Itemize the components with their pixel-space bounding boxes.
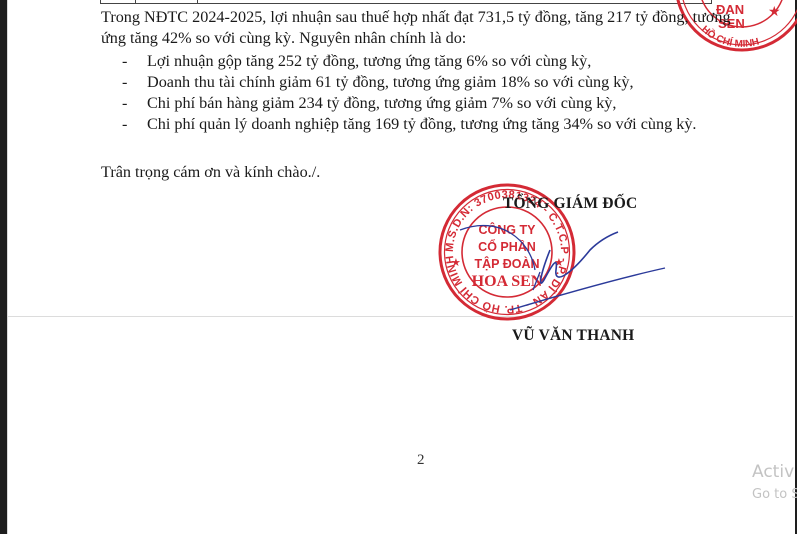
svg-text:HOA SEN: HOA SEN xyxy=(472,273,543,290)
svg-text:★: ★ xyxy=(451,257,461,269)
paragraph-line-2: ứng tăng 42% so với cùng kỳ. Nguyên nhân… xyxy=(101,28,466,48)
paragraph-line-1: Trong NĐTC 2024-2025, lợi nhuận sau thuế… xyxy=(101,7,731,27)
activate-windows-watermark: Activ xyxy=(752,462,794,482)
reasons-list: -Lợi nhuận gộp tăng 252 tỷ đồng, tương ứ… xyxy=(122,51,696,135)
svg-text:★: ★ xyxy=(768,5,781,20)
signature-title: TỔNG GIÁM ĐỐC xyxy=(503,195,637,213)
svg-text:★: ★ xyxy=(554,257,564,269)
table-bottom-edge xyxy=(100,0,712,4)
list-item: -Chi phí quản lý doanh nghiệp tăng 169 t… xyxy=(122,114,696,135)
svg-text:CÔNG TY: CÔNG TY xyxy=(479,222,537,237)
page-left-border xyxy=(7,0,8,534)
activate-windows-hint: Go to S xyxy=(752,487,797,502)
viewer-left-edge xyxy=(0,0,7,534)
table-column-divider xyxy=(197,0,198,3)
list-item: -Doanh thu tài chính giảm 61 tỷ đồng, tư… xyxy=(122,72,696,93)
closing-line: Trân trọng cám ơn và kính chào./. xyxy=(101,162,320,182)
svg-text:TẬP ĐOÀN: TẬP ĐOÀN xyxy=(474,256,539,271)
page-number: 2 xyxy=(417,452,425,469)
list-item: -Lợi nhuận gộp tăng 252 tỷ đồng, tương ứ… xyxy=(122,51,696,72)
svg-text:CỔ PHẦN: CỔ PHẦN xyxy=(478,239,536,254)
signer-name: VŨ VĂN THANH xyxy=(512,327,634,345)
list-item: -Chi phí bán hàng giảm 234 tỷ đồng, tươn… xyxy=(122,93,696,114)
page-break-line xyxy=(8,316,793,317)
table-column-divider xyxy=(135,0,136,3)
